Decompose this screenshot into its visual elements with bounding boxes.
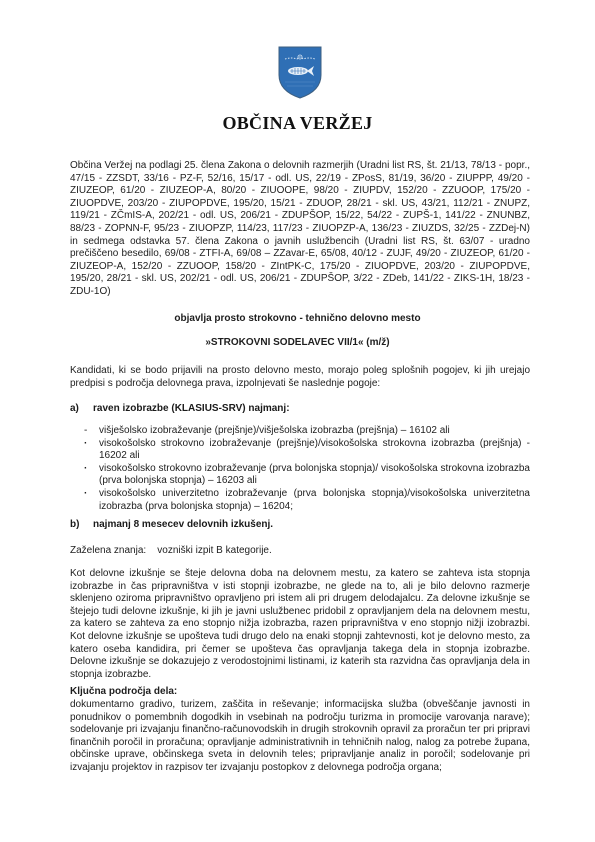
municipality-title: OBČINA VERŽEJ: [0, 113, 595, 134]
candidates-paragraph: Kandidati, ki se bodo prijavili na prost…: [70, 365, 530, 390]
section-b-label: b): [70, 519, 93, 530]
section-a-label: a): [70, 403, 93, 414]
education-item: visokošolsko univerzitetno izobraževanje…: [84, 488, 530, 513]
education-item: višješolsko izobraževanje (prejšnje)/viš…: [84, 425, 530, 438]
legal-basis-paragraph: Občina Veržej na podlagi 25. člena Zakon…: [70, 160, 530, 299]
announcement-line: objavlja prosto strokovno - tehnično del…: [0, 313, 595, 324]
key-areas-title: Ključna področja dela:: [70, 686, 530, 699]
section-b-title: najmanj 8 mesecev delovnih izkušenj.: [93, 519, 273, 530]
education-list: višješolsko izobraževanje (prejšnje)/viš…: [84, 425, 530, 513]
key-areas-text: dokumentarno gradivo, turizem, zaščita i…: [70, 699, 530, 775]
experience-paragraph: Kot delovne izkušnje se šteje delovna do…: [70, 568, 530, 681]
document-page: OBČINA VERŽEJ Občina Veržej na podlagi 2…: [0, 0, 595, 842]
section-a-title: raven izobrazbe (KLASIUS-SRV) najmanj:: [93, 403, 290, 414]
education-item: visokošolsko strokovno izobraževanje (pr…: [84, 463, 530, 488]
section-b-heading: b)najmanj 8 mesecev delovnih izkušenj.: [70, 519, 273, 530]
position-title: »STROKOVNI SODELAVEC VII/1« (m/ž): [0, 337, 595, 348]
desired-knowledge: Zaželena znanja: vozniški izpit B katego…: [70, 545, 530, 558]
education-item: visokošolsko strokovno izobraževanje (pr…: [84, 438, 530, 463]
section-a-heading: a)raven izobrazbe (KLASIUS-SRV) najmanj:: [70, 403, 290, 414]
municipal-coat-of-arms-fish-icon: [277, 45, 323, 99]
